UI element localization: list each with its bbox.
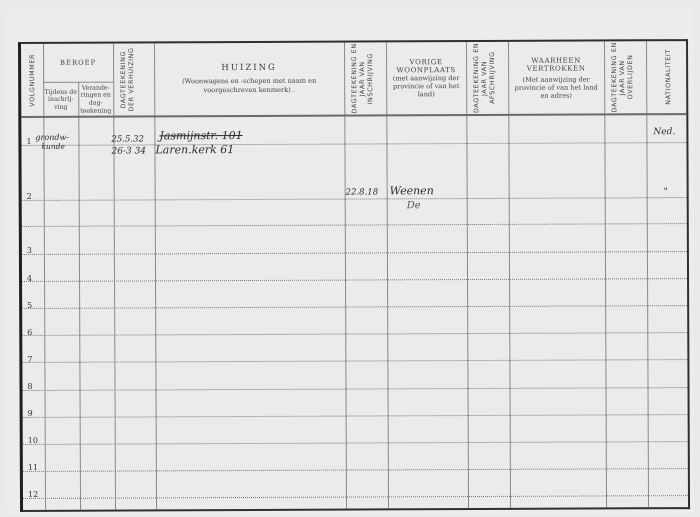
row1-beroep: grondw- [35, 133, 69, 142]
row-number: 2 [27, 192, 32, 201]
row-line [23, 441, 688, 445]
column-divider [78, 82, 81, 510]
registration-form: VOLGNUMMER BEROEP Tijdens de inschrij-vi… [18, 39, 690, 512]
header-label: DAGTEEKENING EN JAAR VAN INSCHRIJVING [350, 42, 380, 114]
row-number: 7 [27, 355, 32, 364]
row-number: 12 [28, 490, 38, 499]
header-huizing: HUIZING (Woonwagens en -schepen met naam… [154, 43, 344, 116]
row1-date-verhuizing: 26-3 34 [111, 146, 146, 156]
header-nationaliteit: NATIONALITEIT [646, 41, 689, 113]
row-number: 10 [28, 436, 38, 445]
header-beroep-inschrijving: Tijdens de inschrij-ving [43, 84, 78, 116]
row2-date-inschrijving: 22.8.18 [346, 187, 378, 197]
row-line [22, 359, 687, 363]
row-line [23, 387, 688, 391]
header-subtitle: (Woonwagens en -schepen met naam en voor… [174, 77, 324, 96]
row1-address-new: Laren.kerk 61 [155, 143, 234, 156]
row-number: 8 [27, 382, 32, 391]
header-dagteekening-afschrijving: DAGTEEKENING EN JAAR VAN AFSCHRIJVING [466, 42, 508, 114]
row-line [23, 414, 688, 418]
row-line [22, 197, 687, 201]
row2-vorige-woonplaats-note: De [407, 200, 421, 211]
row-line [22, 251, 687, 255]
row-line [22, 278, 687, 282]
row-number: 3 [27, 246, 32, 255]
header-label: VOLGNUMMER [28, 54, 36, 107]
row2-vorige-woonplaats: Weenen [390, 184, 434, 197]
header-title: VORIGE WOONPLAATS [386, 58, 466, 74]
header-beroep: BEROEP [43, 44, 113, 82]
row-line [22, 223, 687, 227]
row-line [22, 305, 687, 309]
row-line [23, 468, 688, 472]
header-label: NATIONALITEIT [664, 49, 672, 105]
header-title: WAARHEEN VERTROKKEN [526, 56, 586, 72]
header-dagteekening-overlijden: DAGTEEKENING EN JAAR VAN OVERLIJDEN [604, 41, 646, 113]
header-subtitle: (Met aanwijzing der provincie of van het… [511, 75, 601, 99]
row-number: 6 [27, 328, 32, 337]
row2-nationaliteit: " [664, 187, 668, 197]
header-dagteekening-inschrijving: DAGTEEKENING EN JAAR VAN INSCHRIJVING [344, 42, 386, 114]
header-volgnummer: VOLGNUMMER [21, 44, 43, 116]
row-number: 9 [28, 409, 33, 418]
header-subtitle: (met aanwijzing der provincie of van het… [391, 74, 461, 98]
header-label: DAGTEEKENING EN JAAR VAN OVERLIJDEN [610, 41, 640, 113]
row1-nationaliteit: Ned. [653, 127, 675, 137]
header-waarheen-vertrokken: WAARHEEN VERTROKKEN (Met aanwijzing der … [508, 41, 604, 113]
header-title: HUIZING [221, 63, 276, 73]
row-number: 11 [28, 463, 38, 472]
row-number: 1 [26, 137, 31, 146]
row-number: 4 [27, 274, 32, 283]
header-vorige-woonplaats: VORIGE WOONPLAATS (met aanwijzing der pr… [386, 42, 466, 114]
row-number: 5 [27, 301, 32, 310]
row1-address-old: Jasmijnstr. 101 [159, 129, 242, 142]
row-line [22, 332, 687, 336]
header-label: DAGTEEKENING EN JAAR VAN AFSCHRIJVING [472, 42, 502, 114]
row1-beroep: kunde [41, 142, 64, 151]
header-beroep-veranderingen: Verande-ringen en dag-teekening [78, 84, 113, 116]
row-line [23, 495, 688, 499]
row1-date-verhuizing: 25.5.32 [111, 134, 143, 144]
header-dagteekening-verhuizing: DAGTEEKENING DER VERHUIZING [113, 43, 154, 115]
header-label: DAGTEEKENING DER VERHUIZING [119, 43, 149, 115]
